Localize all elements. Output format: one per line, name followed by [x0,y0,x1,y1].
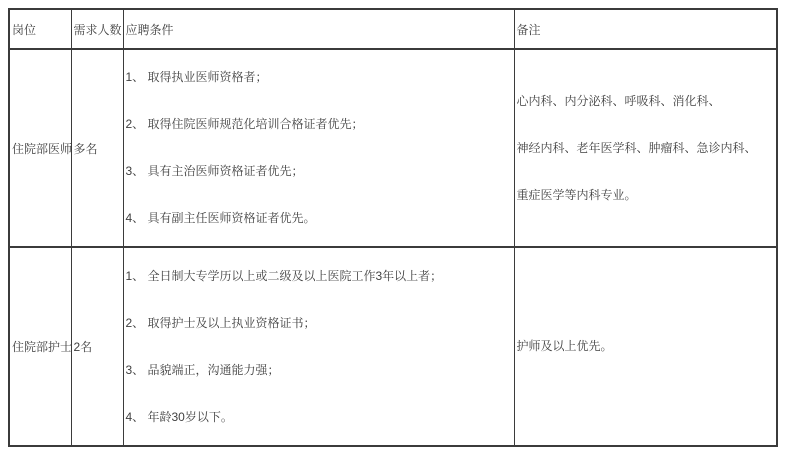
remarks-cell: 护师及以上优先。 [514,247,777,446]
remark-line: 神经内科、老年医学科、肿瘤科、急诊内科、 [517,125,777,172]
remarks-cell: 心内科、内分泌科、呼吸科、消化科、 神经内科、老年医学科、肿瘤科、急诊内科、 重… [514,49,777,247]
conditions-cell: 1、 全日制大专学历以上或二级及以上医院工作3年以上者； 2、 取得护士及以上执… [123,247,514,446]
condition-item: 4、 年龄30岁以下。 [126,394,514,441]
conditions-cell: 1、 取得执业医师资格者； 2、 取得住院医师规范化培训合格证者优先； 3、 具… [123,49,514,247]
condition-item: 3、 具有主治医师资格证者优先； [126,148,514,195]
condition-item: 3、 品貌端正，沟通能力强； [126,347,514,394]
remark-line: 护师及以上优先。 [517,323,777,370]
position-cell: 住院部护士 [9,247,71,446]
headcount-cell: 2名 [71,247,123,446]
condition-item: 1、 全日制大专学历以上或二级及以上医院工作3年以上者； [126,253,514,300]
table-row-physician: 住院部医师 多名 1、 取得执业医师资格者； 2、 取得住院医师规范化培训合格证… [9,49,777,247]
recruitment-table: 岗位 需求人数 应聘条件 备注 住院部医师 多名 1、 取得执业医师资格者； 2… [8,8,778,447]
header-row: 岗位 需求人数 应聘条件 备注 [9,9,777,49]
header-headcount: 需求人数 [71,9,123,49]
remark-line: 心内科、内分泌科、呼吸科、消化科、 [517,78,777,125]
condition-item: 2、 取得护士及以上执业资格证书； [126,300,514,347]
position-cell: 住院部医师 [9,49,71,247]
condition-item: 2、 取得住院医师规范化培训合格证者优先； [126,101,514,148]
header-position: 岗位 [9,9,71,49]
page: 岗位 需求人数 应聘条件 备注 住院部医师 多名 1、 取得执业医师资格者； 2… [0,0,785,457]
headcount-cell: 多名 [71,49,123,247]
condition-item: 1、 取得执业医师资格者； [126,54,514,101]
remark-line: 重症医学等内科专业。 [517,172,777,219]
table-row-nurse: 住院部护士 2名 1、 全日制大专学历以上或二级及以上医院工作3年以上者； 2、… [9,247,777,446]
header-conditions: 应聘条件 [123,9,514,49]
header-remarks: 备注 [514,9,777,49]
condition-item: 4、 具有副主任医师资格证者优先。 [126,195,514,242]
